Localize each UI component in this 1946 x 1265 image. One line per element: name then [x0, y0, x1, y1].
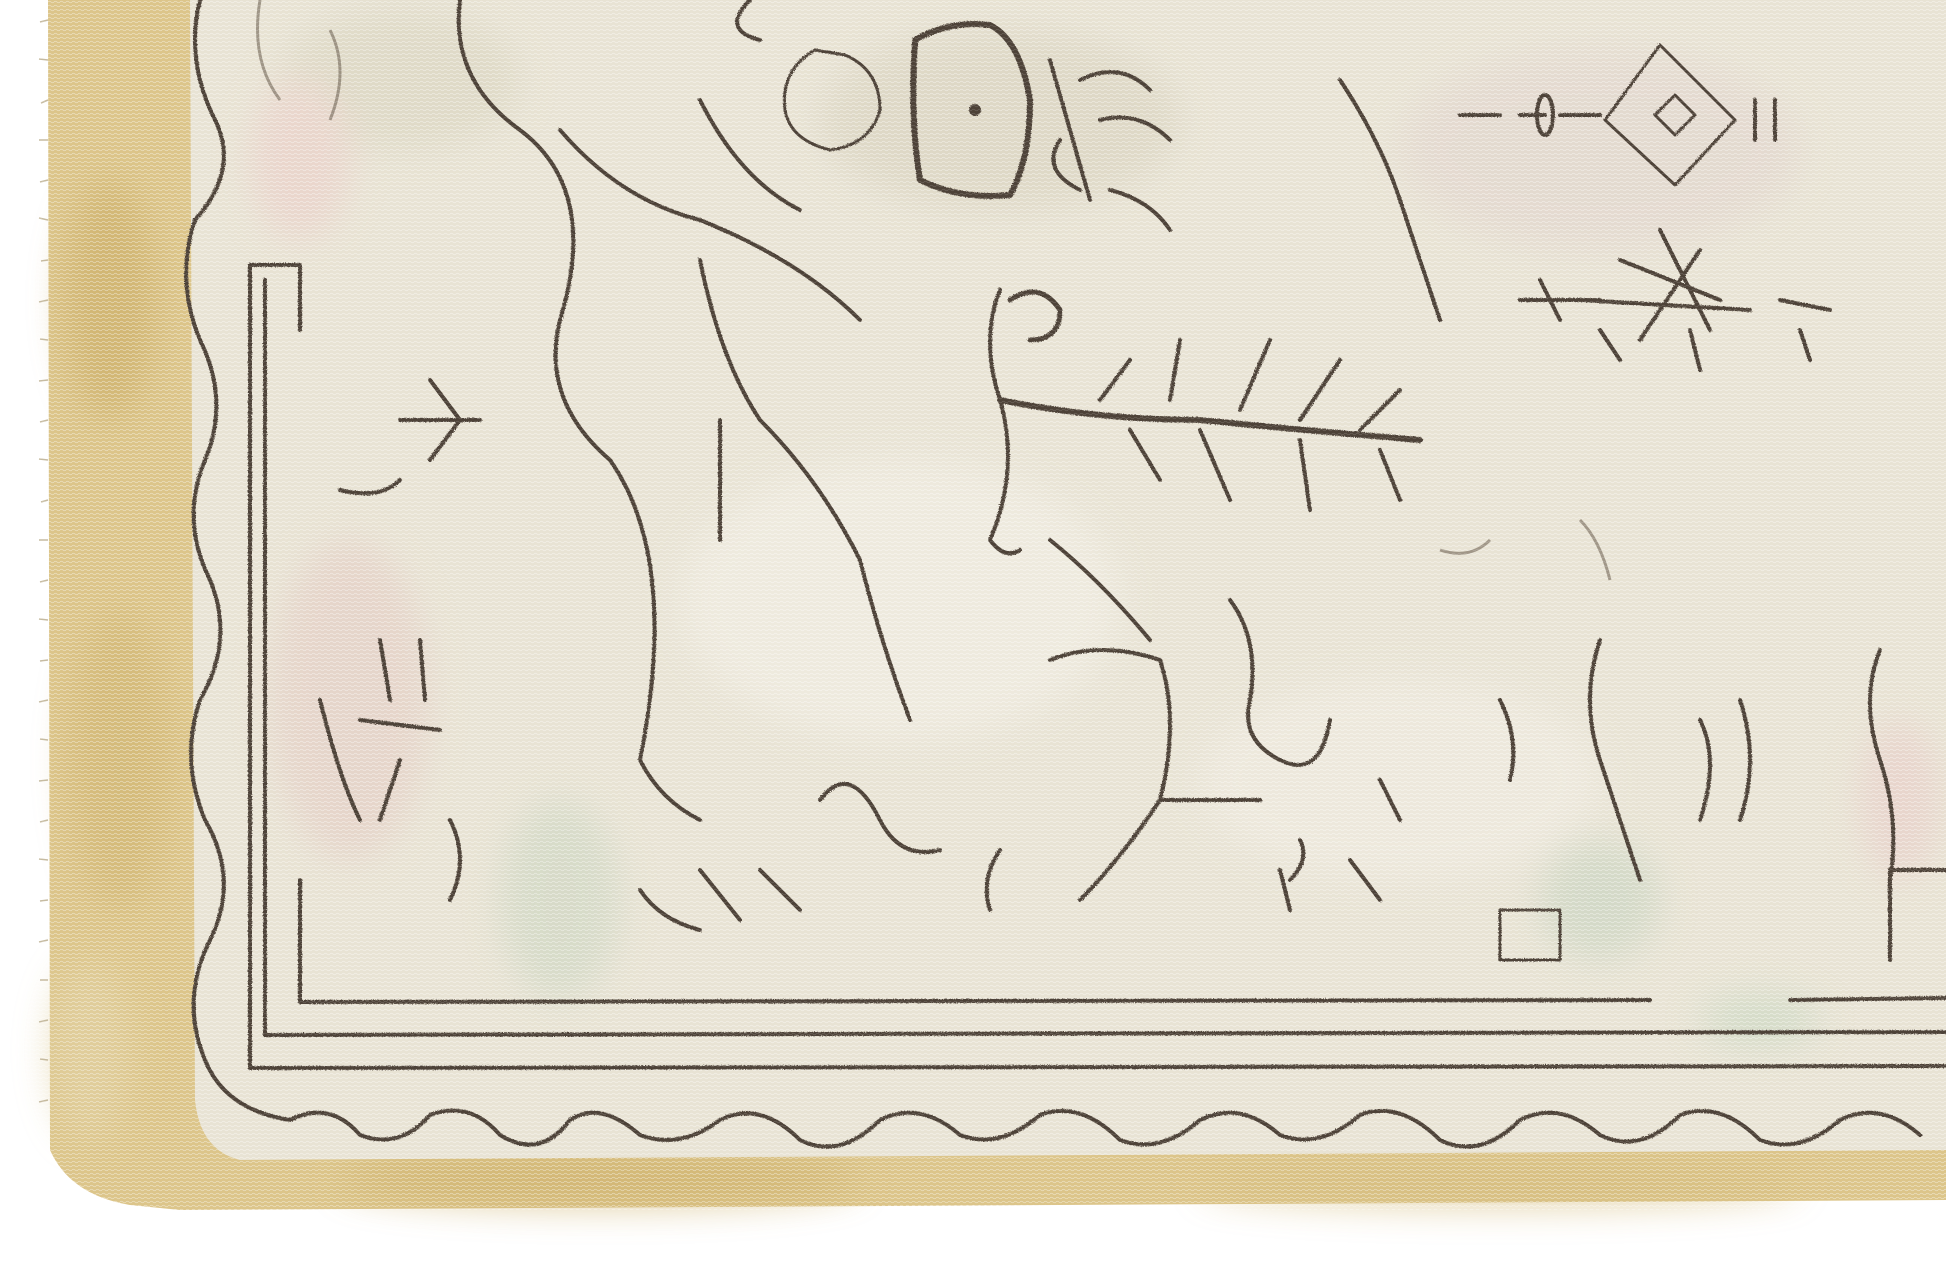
rug-illustration: [0, 0, 1946, 1265]
rug-photo: [0, 0, 1946, 1265]
rug: [0, 0, 1946, 1210]
